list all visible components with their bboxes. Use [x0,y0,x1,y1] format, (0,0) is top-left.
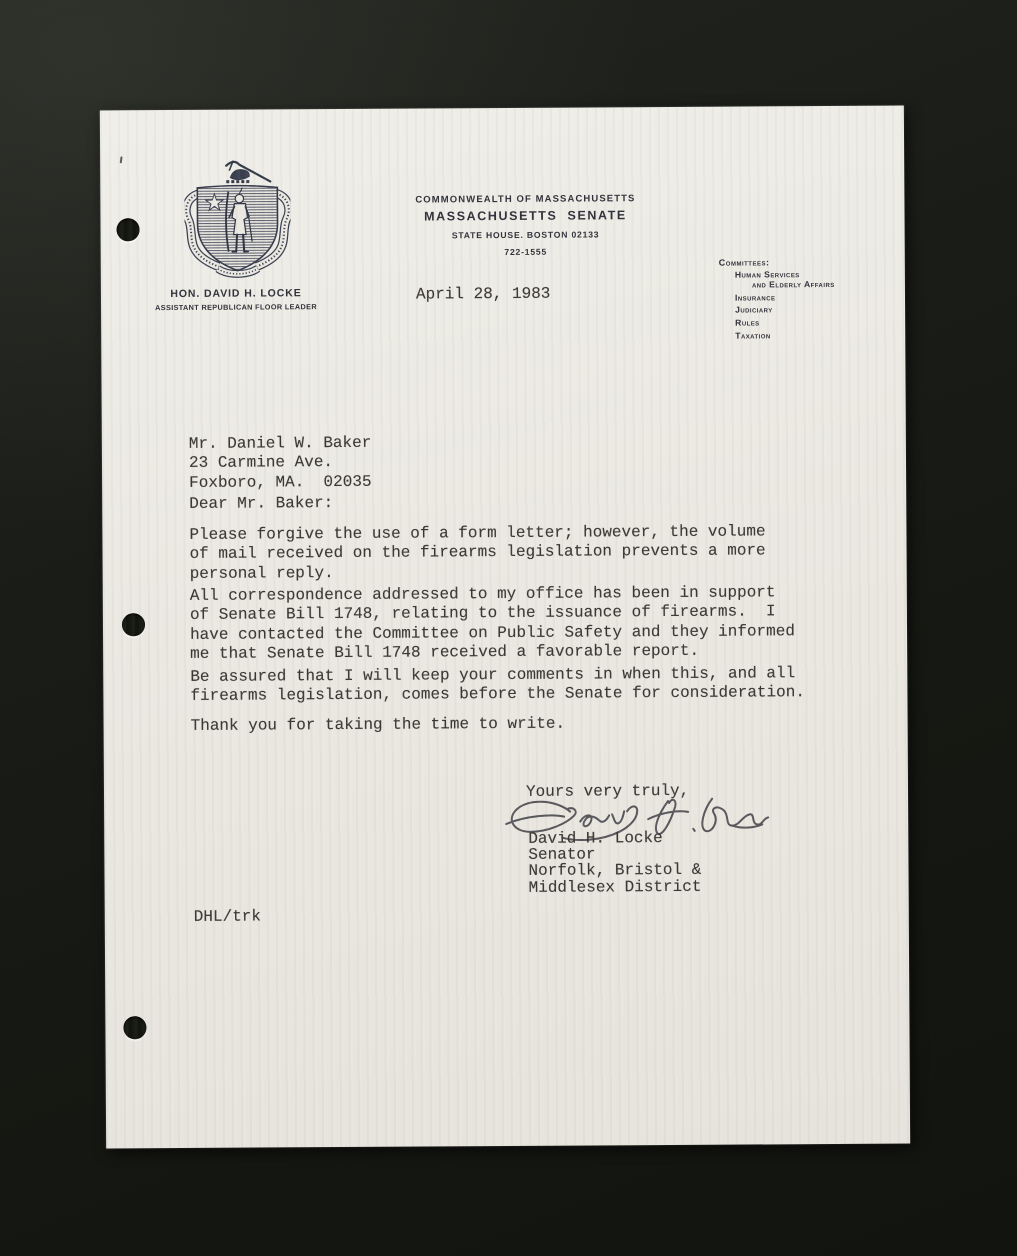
salutation: Dear Mr. Baker: [189,494,333,514]
body-paragraph: Be assured that I will keep your comment… [190,664,805,706]
letterhead-senate: MASSACHUSETTS SENATE [375,208,675,224]
committee-item: Insurance [735,292,899,303]
signature-block: David H. Locke Senator Norfolk, Bristol … [528,830,701,896]
body-paragraph: Please forgive the use of a form letter;… [189,522,765,583]
photo-background: HON. DAVID H. LOCKE ASSISTANT REPUBLICAN… [0,0,1017,1256]
letterhead-official: HON. DAVID H. LOCKE ASSISTANT REPUBLICAN… [126,287,346,312]
official-title: ASSISTANT REPUBLICAN FLOOR LEADER [126,302,346,312]
punch-hole-top [116,218,139,241]
committee-item: Human Services and Elderly Affairs [735,270,899,290]
typist-initials: DHL/trk [194,907,261,927]
punch-hole-middle [122,613,145,636]
committees-list: Committees: Human Services and Elderly A… [719,257,900,342]
punch-hole-bottom [123,1016,146,1039]
committee-item: Rules [735,318,899,329]
body-paragraph: Thank you for taking the time to write. [191,715,566,737]
ink-speck [120,156,123,163]
massachusetts-state-seal-icon [184,157,291,282]
recipient-address: Mr. Daniel W. Baker 23 Carmine Ave. Foxb… [189,434,372,493]
letterhead-center: COMMONWEALTH OF MASSACHUSETTS MASSACHUSE… [375,193,675,258]
official-name: HON. DAVID H. LOCKE [126,287,346,300]
letterhead-address: STATE HOUSE. BOSTON 02133 [376,229,676,241]
body-paragraph: All correspondence addressed to my offic… [190,583,795,664]
committee-item: Judiciary [735,305,899,316]
letterhead-commonwealth: COMMONWEALTH OF MASSACHUSETTS [375,193,675,206]
letterhead-phone: 722-1555 [376,246,676,258]
letter-page: HON. DAVID H. LOCKE ASSISTANT REPUBLICAN… [100,106,910,1149]
committees-label: Committees: [719,257,899,268]
date-line: April 28, 1983 [416,285,551,305]
committee-item: Taxation [735,330,899,341]
